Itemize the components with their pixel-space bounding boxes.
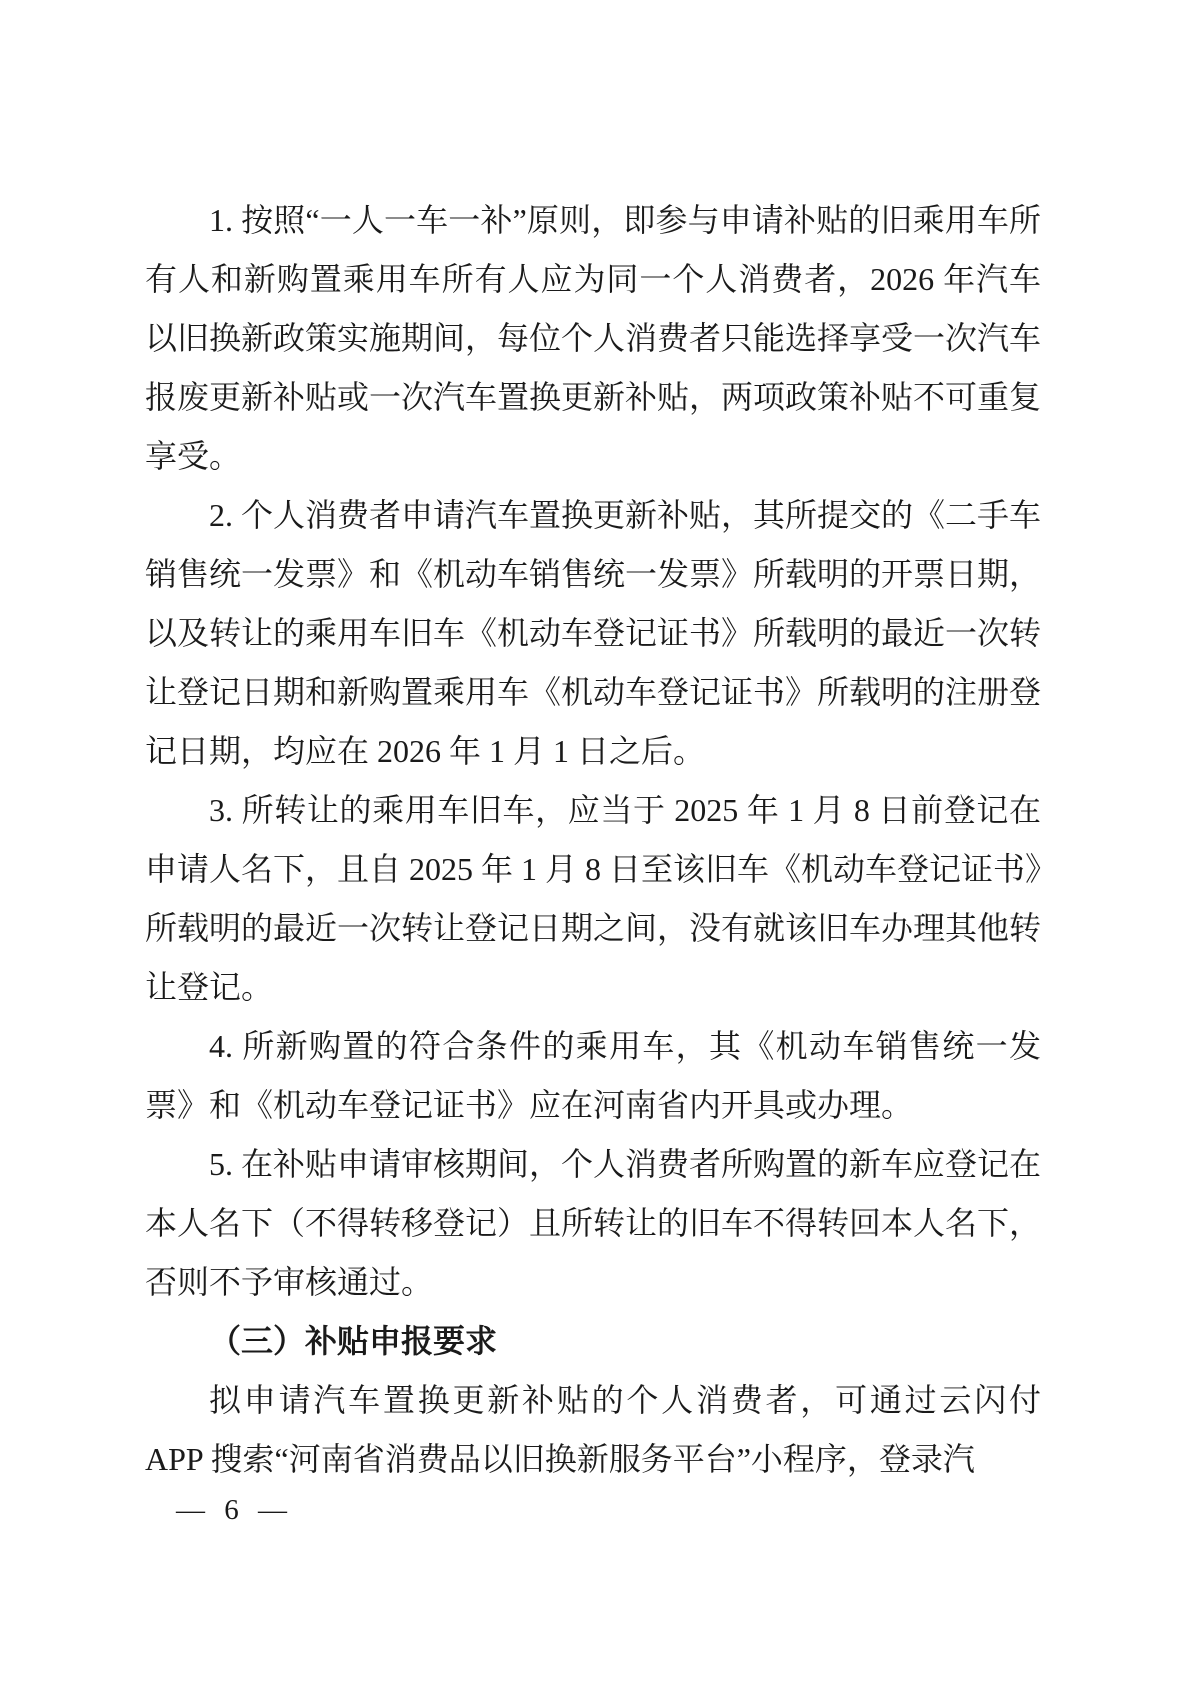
paragraph-rule-3: 3. 所转让的乘用车旧车，应当于 2025 年 1 月 8 日前登记在申请人名下… (145, 781, 1041, 1017)
document-body: 1. 按照“一人一车一补”原则，即参与申请补贴的旧乘用车所有人和新购置乘用车所有… (145, 191, 1041, 1489)
paragraph-rule-2: 2. 个人消费者申请汽车置换更新补贴，其所提交的《二手车销售统一发票》和《机动车… (145, 486, 1041, 781)
paragraph-rule-4: 4. 所新购置的符合条件的乘用车，其《机动车销售统一发票》和《机动车登记证书》应… (145, 1017, 1041, 1135)
page-number: — 6 — (176, 1492, 293, 1528)
paragraph-rule-5: 5. 在补贴申请审核期间，个人消费者所购置的新车应登记在本人名下（不得转移登记）… (145, 1135, 1041, 1312)
paragraph-application-intro: 拟申请汽车置换更新补贴的个人消费者，可通过云闪付 APP 搜索“河南省消费品以旧… (145, 1371, 1041, 1489)
document-page: 1. 按照“一人一车一补”原则，即参与申请补贴的旧乘用车所有人和新购置乘用车所有… (0, 0, 1190, 1682)
paragraph-rule-1: 1. 按照“一人一车一补”原则，即参与申请补贴的旧乘用车所有人和新购置乘用车所有… (145, 191, 1041, 486)
section-heading: （三）补贴申报要求 (145, 1312, 1041, 1371)
